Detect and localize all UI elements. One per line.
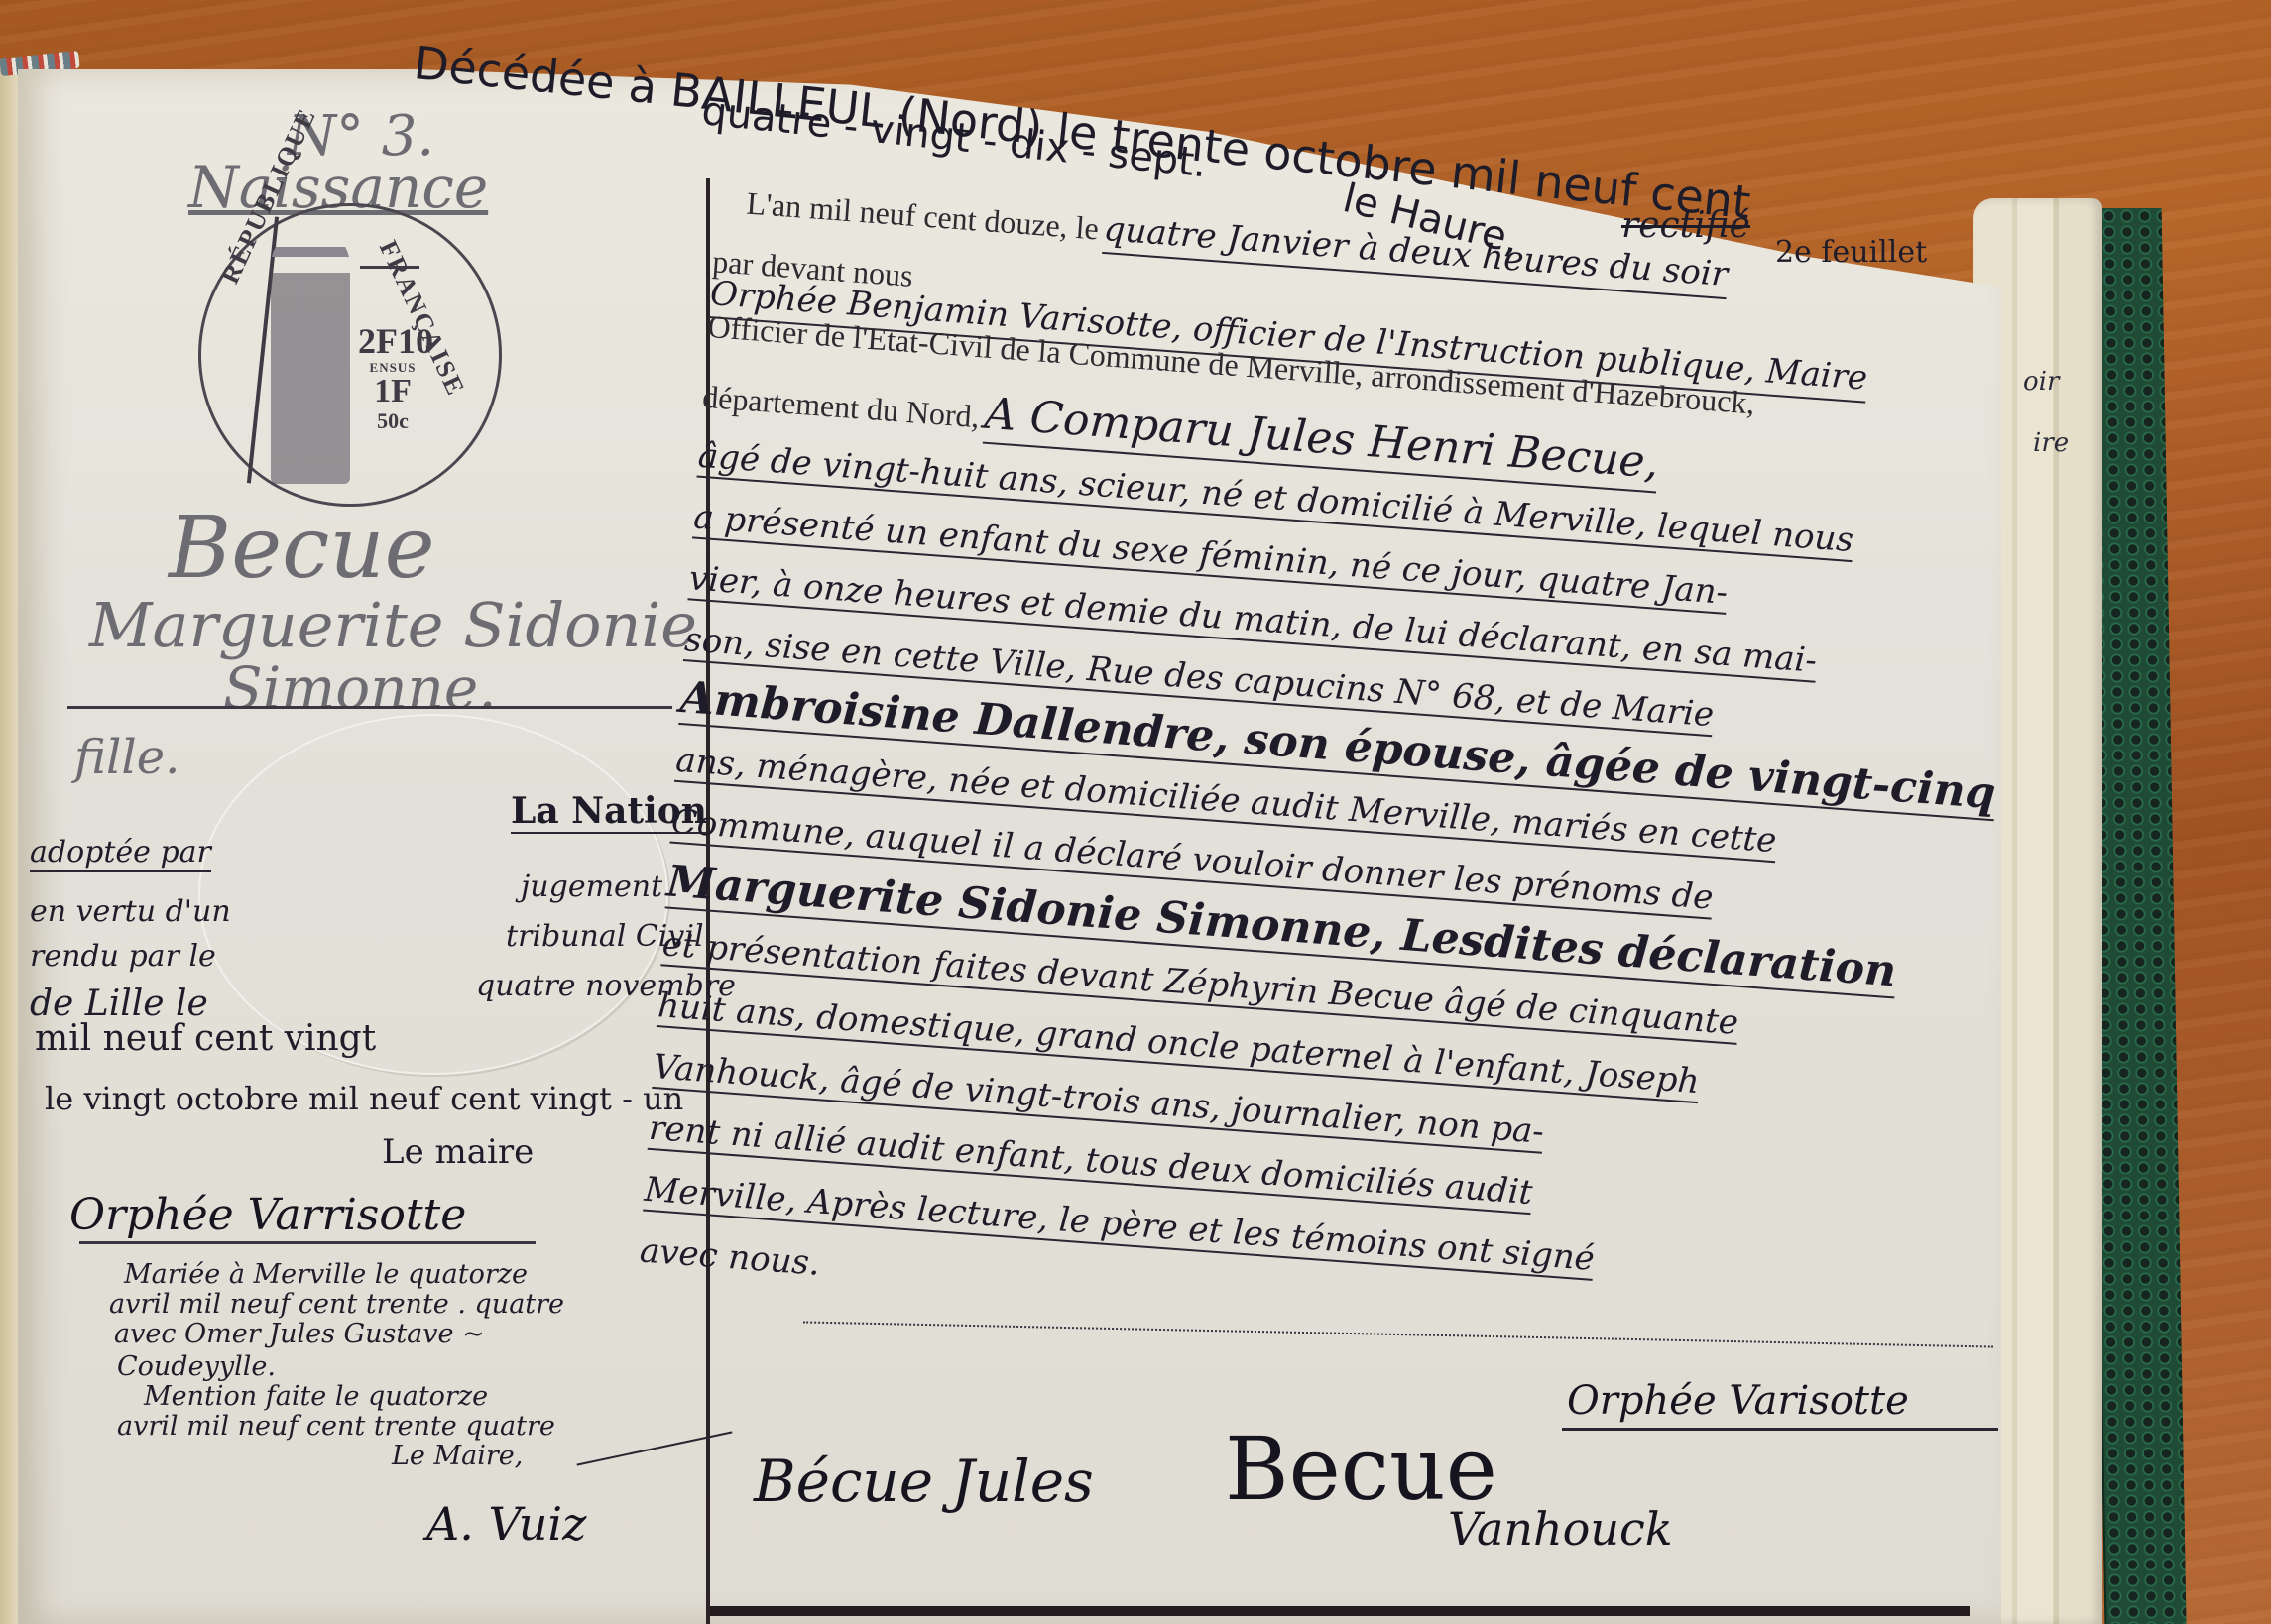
- officer-signature-underline: [1562, 1428, 1998, 1431]
- sheet-marker: 2e feuillet: [1775, 238, 1927, 268]
- adoption-signature: Orphée Varrisotte: [69, 1190, 466, 1240]
- stamp-justice-figure-icon: [271, 226, 350, 484]
- officer-signature: Orphée Varisotte: [1567, 1378, 1909, 1424]
- adoption-line-left-3: de Lille le: [30, 986, 208, 1022]
- adoption-signature-underline: [79, 1241, 536, 1244]
- margin-name-underline: [67, 706, 672, 709]
- marriage-note-1: avril mil neuf cent trente . quatre: [109, 1291, 564, 1318]
- marriage-note-5: avril mil neuf cent trente quatre: [117, 1413, 555, 1440]
- adoption-line-year: mil neuf cent vingt: [35, 1021, 376, 1057]
- stamp-value-bottom: 1F: [358, 374, 427, 409]
- margin-given-names-1: Marguerite Sidonie: [89, 595, 697, 656]
- bottom-rule: [710, 1606, 1970, 1616]
- overflow-text-1: oir: [2023, 367, 2059, 397]
- marriage-note-3: Coudeyylle.: [117, 1353, 276, 1380]
- marriage-signature: A. Vuiz: [426, 1497, 586, 1551]
- margin-sex: fille.: [74, 734, 179, 781]
- adoption-line-date: le vingt octobre mil neuf cent vingt - u…: [45, 1083, 683, 1114]
- fiscal-stamp: RÉPUBLIQUE FRANÇAISE 2F10 ENSUS 1F 50c: [198, 203, 502, 507]
- stamp-value-mid: ENSUS: [358, 361, 427, 375]
- marriage-note-6: Le Maire,: [392, 1443, 523, 1469]
- rectification-note: rectifié: [1621, 208, 1750, 244]
- marriage-note-4: Mention faite le quatorze: [144, 1383, 488, 1410]
- stamp-value: 2F10 ENSUS 1F 50c: [358, 323, 427, 432]
- father-signature: Bécue Jules: [754, 1448, 1094, 1515]
- marriage-note-2: avec Omer Jules Gustave ~: [114, 1321, 485, 1347]
- adoption-line-left-1: en vertu d'un: [30, 897, 231, 927]
- margin-surname: Becue: [169, 506, 435, 591]
- stamp-value-top: 2F10: [358, 323, 427, 361]
- adoption-signoff: Le maire: [382, 1135, 534, 1169]
- stamp-value-cents: 50c: [358, 409, 427, 432]
- adoption-line-right-0: jugement: [521, 872, 662, 902]
- marriage-note-0: Mariée à Merville le quatorze: [124, 1261, 528, 1288]
- adoption-line-left-2: rendu par le: [30, 942, 216, 972]
- overflow-text-2: ire: [2033, 428, 2069, 458]
- adoption-line-left-0: adoptée par: [30, 838, 211, 872]
- witness2-signature: Vanhouck: [1448, 1502, 1673, 1556]
